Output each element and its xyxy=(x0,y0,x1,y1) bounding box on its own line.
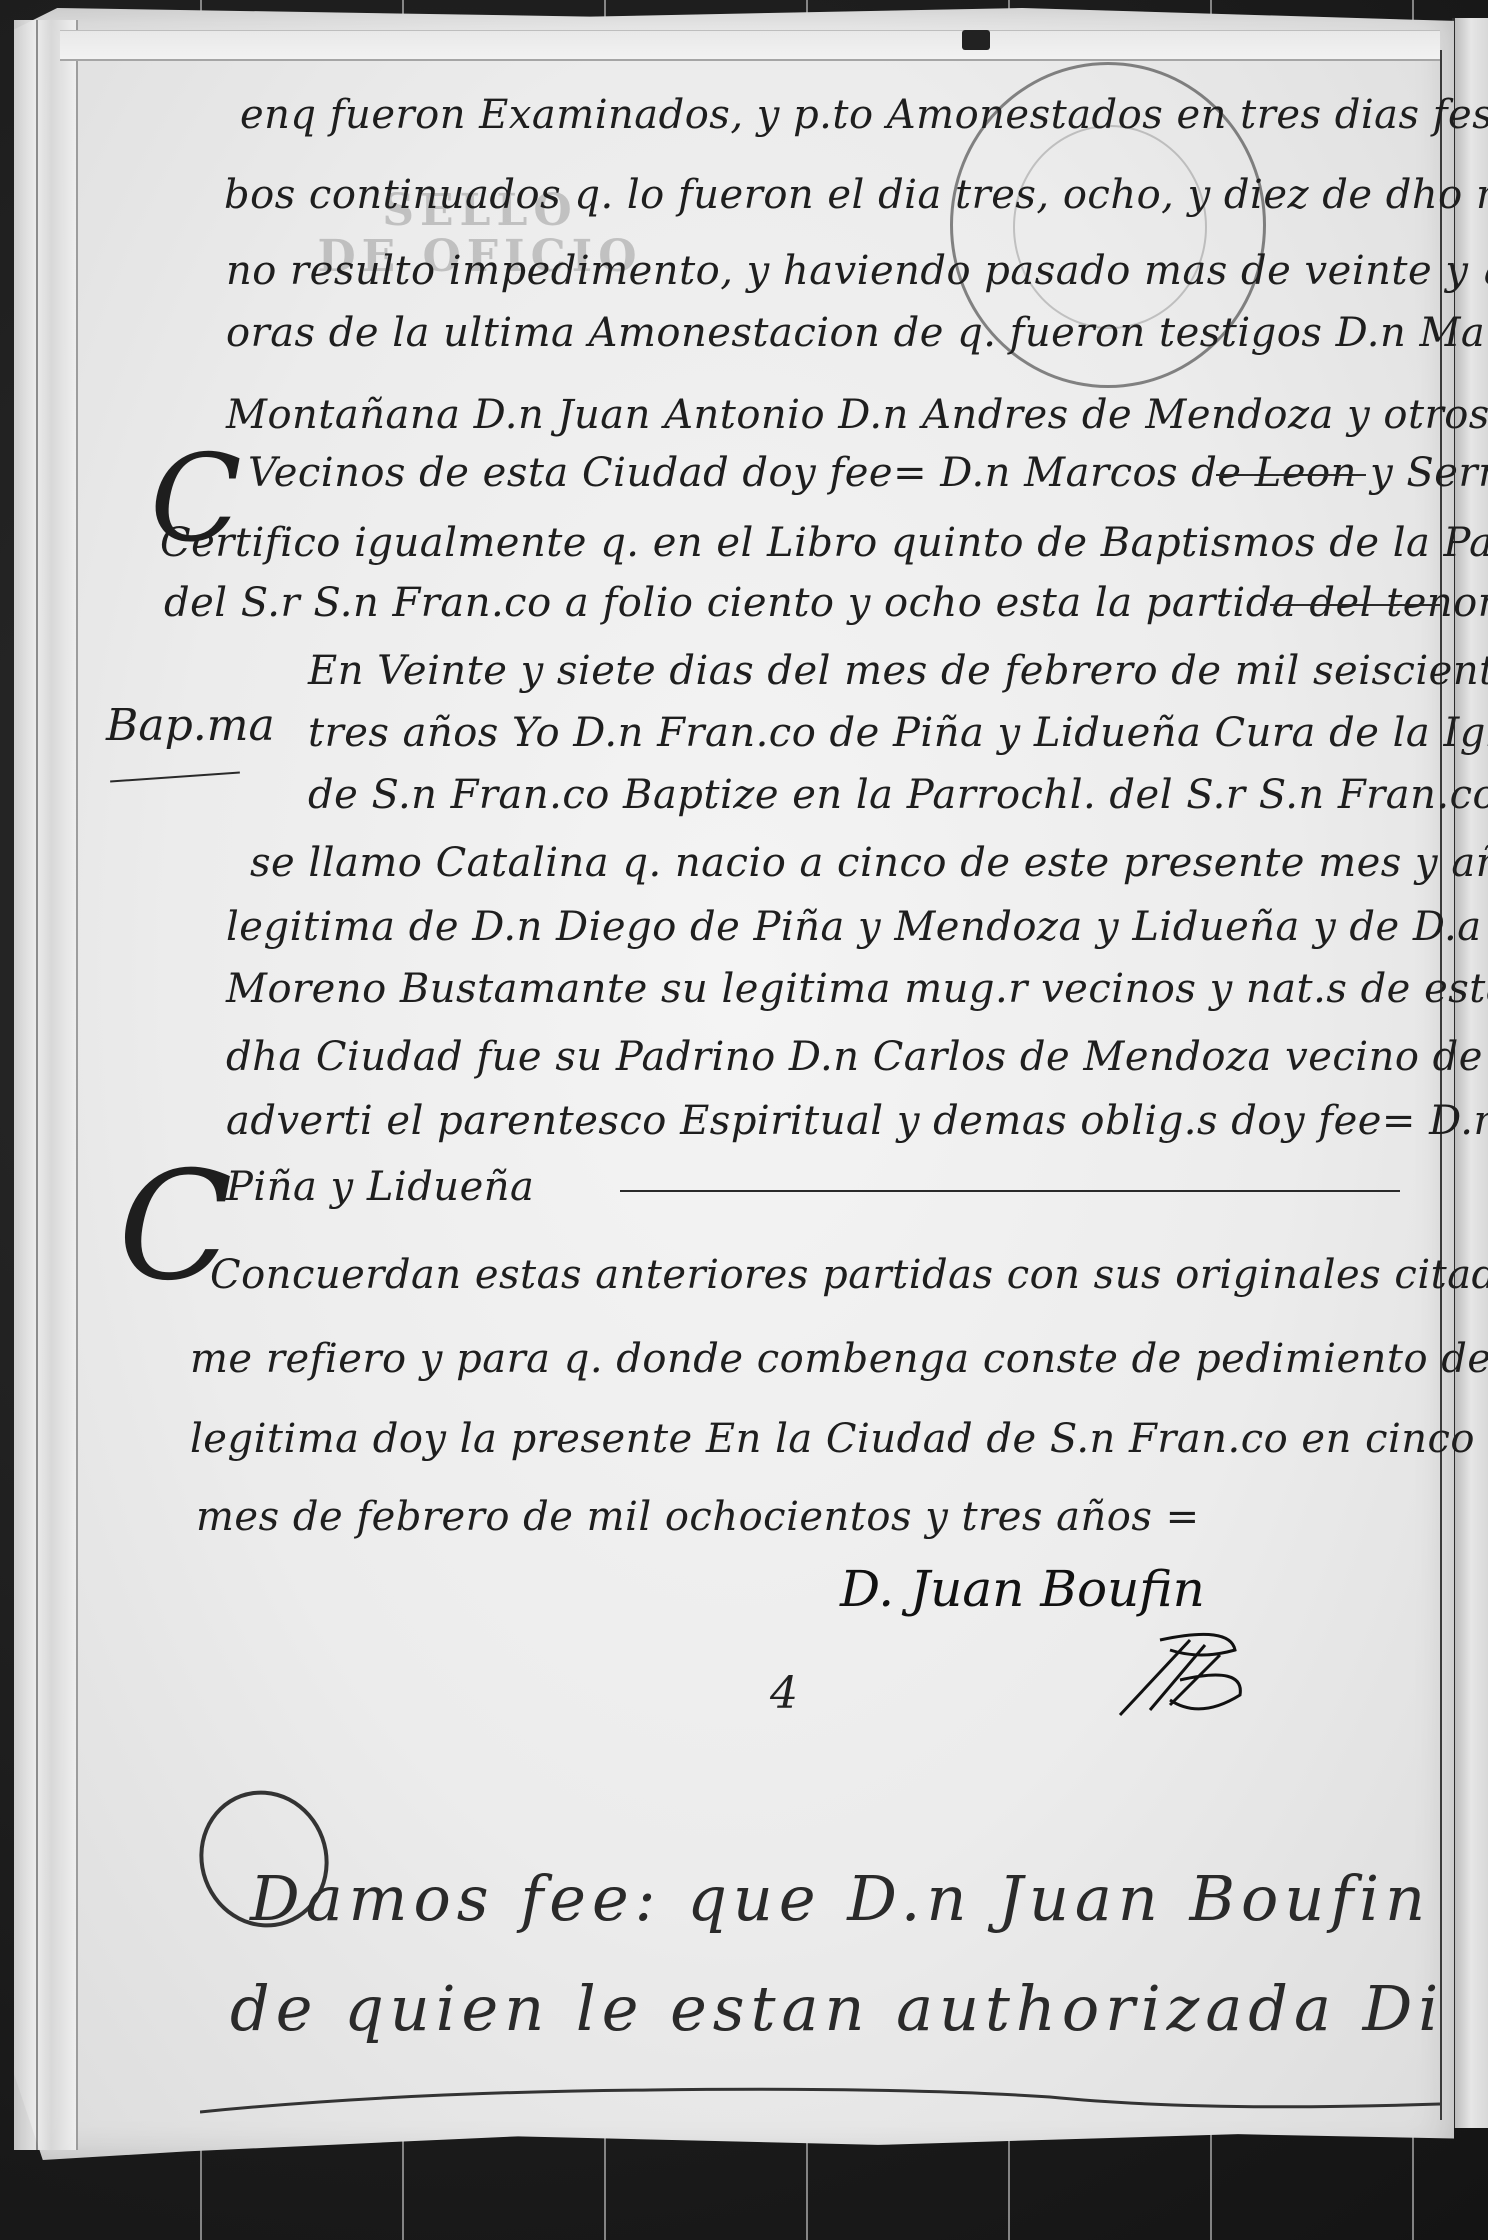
folded-top-edge xyxy=(60,30,1440,61)
body-line: oras de la ultima Amonestacion de q. fue… xyxy=(226,310,1488,356)
body-line: enq fueron Examinados, y p.to Amonestado… xyxy=(240,92,1488,138)
baptism-line: dha Ciudad fue su Padrino D.n Carlos de … xyxy=(226,1034,1488,1080)
body-line: no resulto impedimento, y haviendo pasad… xyxy=(226,248,1488,294)
baptism-line: de S.n Fran.co Baptize en la Parrochl. d… xyxy=(308,772,1488,818)
line-end-rule xyxy=(1216,474,1366,476)
baptism-line: Moreno Bustamante su legitima mug.r veci… xyxy=(226,966,1488,1012)
body-line: Vecinos de esta Ciudad doy fee= D.n Marc… xyxy=(248,450,1488,496)
folio-number: 4 xyxy=(770,1668,798,1719)
attestation-line: de quien le estan authorizada Di xyxy=(230,1972,1444,2045)
rubric-flourish-icon xyxy=(1110,1620,1250,1720)
body-line: bos continuados q. lo fueron el dia tres… xyxy=(224,172,1488,218)
body-line: Montañana D.n Juan Antonio D.n Andres de… xyxy=(226,392,1488,438)
repaired-left-edge xyxy=(14,20,78,2150)
concordance-line: legitima doy la presente En la Ciudad de… xyxy=(190,1416,1488,1462)
baptism-line: Piña y Lidueña xyxy=(226,1164,534,1210)
baptism-line: tres años Yo D.n Fran.co de Piña y Lidue… xyxy=(308,710,1488,756)
line-end-rule xyxy=(620,1190,1400,1192)
concordance-line: mes de febrero de mil ochocientos y tres… xyxy=(196,1494,1200,1540)
certify-line: Certifico igualmente q. en el Libro quin… xyxy=(160,520,1488,566)
attestation-line: Damos fee: que D.n Juan Boufin xyxy=(250,1862,1431,1935)
signature-juan-boufin: D. Juan Boufin xyxy=(840,1560,1205,1618)
concordance-line: Concuerdan estas anteriores partidas con… xyxy=(210,1252,1488,1298)
certify-line: del S.r S.n Fran.co a folio ciento y och… xyxy=(164,580,1488,626)
margin-note-baptism: Bap.ma xyxy=(106,700,275,751)
baptism-line: se llamo Catalina q. nacio a cinco de es… xyxy=(250,840,1488,886)
concordance-line: me refiero y para q. donde combenga cons… xyxy=(190,1336,1488,1382)
baptism-line: legitima de D.n Diego de Piña y Mendoza … xyxy=(226,904,1488,950)
binding-crease xyxy=(1440,50,1442,2120)
baptism-line: En Veinte y siete dias del mes de febrer… xyxy=(308,648,1488,694)
line-end-rule xyxy=(1270,604,1440,606)
baptism-line: adverti el parentesco Espiritual y demas… xyxy=(226,1098,1488,1144)
eagle-emblem-icon xyxy=(962,30,990,50)
bottom-wavy-rule xyxy=(200,2082,1440,2122)
